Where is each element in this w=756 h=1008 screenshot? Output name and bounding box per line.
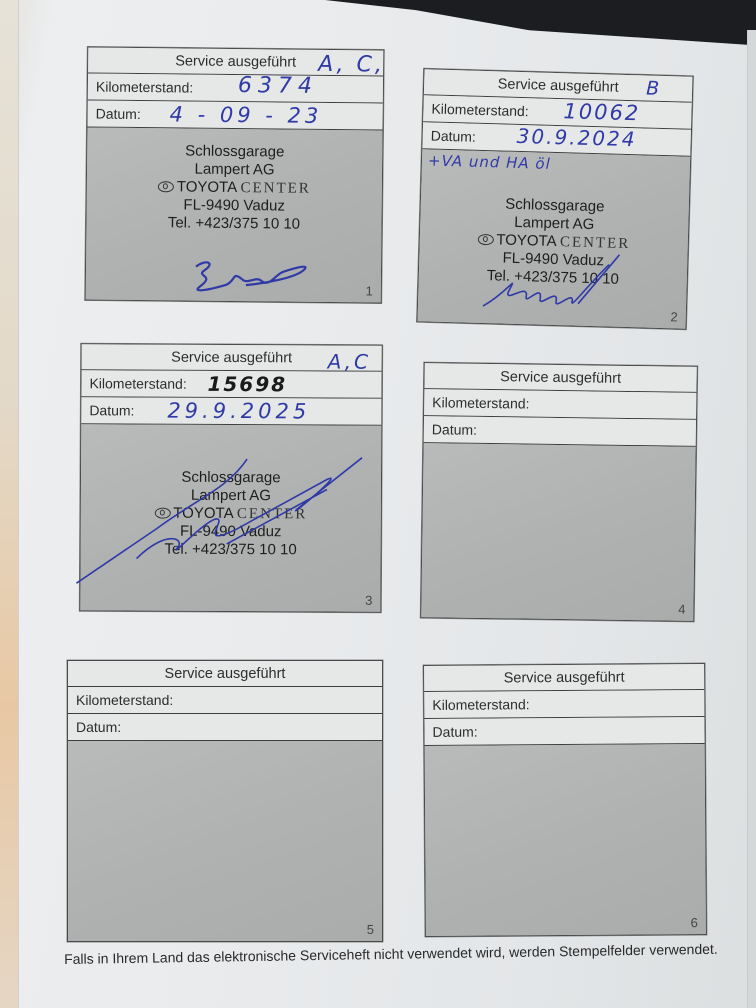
service-box-6: Service ausgeführt Kilometerstand: Datum…: [423, 663, 707, 937]
page-edge-left: [0, 0, 19, 1008]
stamp-center: CENTER: [240, 180, 311, 197]
km-row: Kilometerstand:: [68, 687, 382, 714]
date-value-handwritten: 4 - 09 - 23: [170, 102, 323, 128]
page-edge-right: [747, 30, 756, 1008]
service-box-5: Service ausgeführt Kilometerstand: Datum…: [67, 660, 383, 942]
date-row: Datum:: [424, 416, 696, 447]
date-label: Datum:: [89, 402, 134, 418]
service-title-label: Service ausgeführt: [165, 666, 286, 682]
service-box-3: Service ausgeführt Kilometerstand: Datum…: [79, 343, 382, 613]
stamp-toyota: TOYOTA: [177, 178, 237, 196]
service-title-label: Service ausgeführt: [504, 670, 625, 687]
box-number: 6: [691, 915, 698, 930]
km-label: Kilometerstand:: [76, 692, 173, 708]
stamp-center: CENTER: [560, 234, 631, 252]
box-number: 1: [365, 283, 372, 298]
date-value-handwritten: 29.9.2025: [167, 399, 310, 424]
service-title-label: Service ausgeführt: [500, 369, 621, 387]
date-row: Datum:: [68, 714, 382, 741]
signature-3: [76, 448, 377, 590]
service-box-1: Service ausgeführt Kilometerstand: Datum…: [85, 46, 385, 303]
date-row: Datum:: [424, 717, 704, 746]
stamp-area-empty[interactable]: 6: [425, 744, 706, 936]
service-type-handwritten: A,C: [328, 350, 372, 374]
signature-2: [478, 251, 630, 315]
service-box-4: Service ausgeführt Kilometerstand: Datum…: [420, 362, 698, 622]
km-value-handwritten: 15698: [207, 372, 287, 396]
service-box-2: Service ausgeführt Kilometerstand: Datum…: [417, 68, 694, 329]
service-title-row: Service ausgeführt: [424, 664, 704, 692]
box-number: 5: [367, 922, 374, 937]
stamp-area: Schlossgarage Lampert AG TOYOTA CENTER F…: [86, 127, 383, 302]
date-label: Datum:: [76, 719, 121, 735]
stamp-line-5: Tel. +423/375 10 10: [86, 213, 381, 234]
date-label: Datum:: [432, 421, 477, 438]
service-title-label: Service ausgeführt: [175, 53, 296, 70]
km-value-handwritten: 6374: [238, 73, 318, 99]
service-title-row: Service ausgeführt: [424, 363, 696, 393]
service-title-row: Service ausgeführt: [68, 661, 382, 687]
km-label: Kilometerstand:: [432, 696, 529, 713]
km-label: Kilometerstand:: [96, 79, 193, 96]
stamp-area-empty[interactable]: 5: [68, 741, 382, 941]
box-number: 2: [670, 309, 678, 324]
km-row: Kilometerstand:: [424, 389, 696, 420]
service-note-handwritten: +VA und HA öl: [428, 151, 551, 172]
dealer-stamp: Schlossgarage Lampert AG TOYOTA CENTER F…: [86, 141, 382, 234]
km-row: Kilometerstand:: [424, 690, 704, 719]
service-title-label: Service ausgeführt: [498, 76, 619, 95]
service-type-handwritten: B: [646, 78, 663, 100]
km-row: Kilometerstand:: [88, 73, 383, 103]
box-number: 4: [678, 602, 685, 617]
box-number: 3: [365, 593, 372, 608]
km-label: Kilometerstand:: [89, 375, 186, 392]
km-label: Kilometerstand:: [432, 394, 529, 411]
stamp-area: +VA und HA öl Schlossgarage Lampert AG T…: [418, 149, 691, 328]
signature-1: [186, 256, 316, 297]
service-title-label: Service ausgeführt: [171, 350, 292, 367]
date-label: Datum:: [432, 724, 477, 740]
km-value-handwritten: 10062: [563, 99, 640, 125]
date-value-handwritten: 30.9.2024: [516, 124, 636, 151]
date-label: Datum:: [96, 106, 141, 122]
stamp-area-empty[interactable]: 4: [421, 443, 695, 621]
service-type-handwritten: A, C,: [318, 52, 385, 78]
km-label: Kilometerstand:: [431, 101, 529, 120]
stamp-toyota: TOYOTA: [496, 231, 556, 250]
date-label: Datum:: [431, 128, 477, 145]
toyota-logo-icon: [477, 234, 493, 245]
toyota-logo-icon: [158, 181, 174, 192]
stamp-area: Schlossgarage Lampert AG TOYOTA CENTER F…: [80, 424, 381, 612]
